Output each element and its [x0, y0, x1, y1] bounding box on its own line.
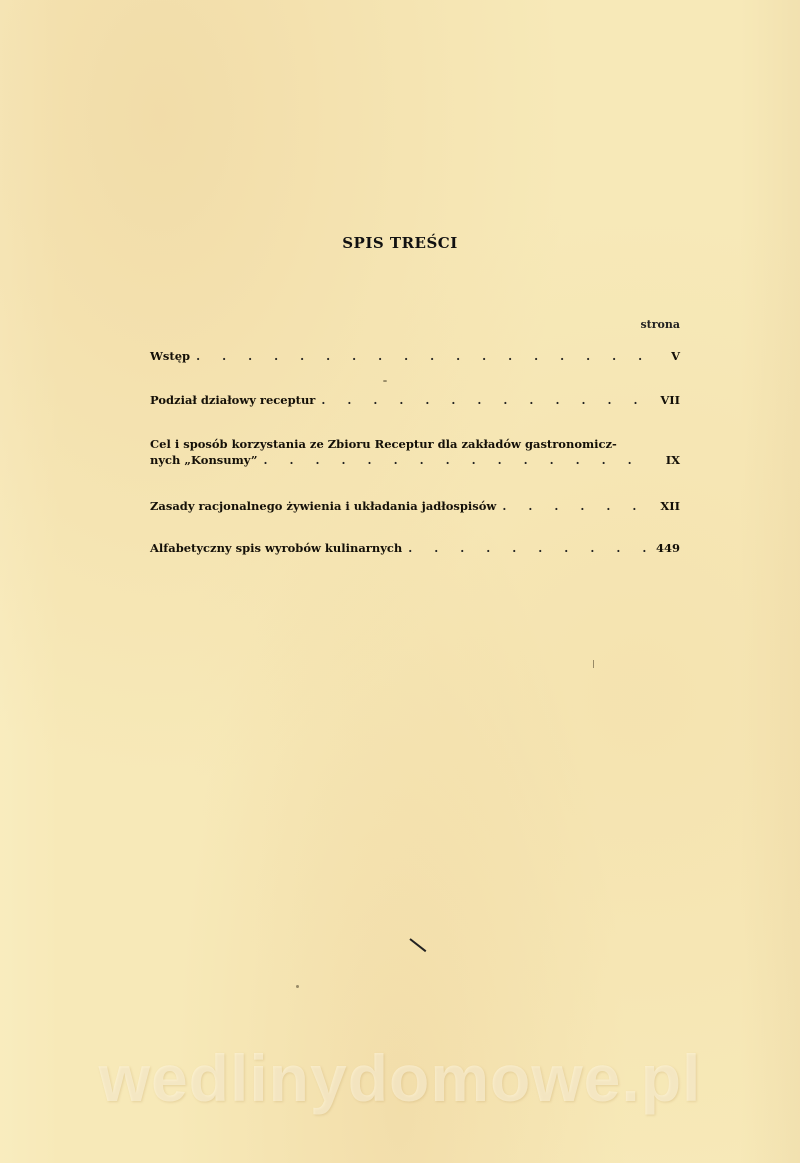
toc-entry-title-line1: Cel i sposób korzystania ze Zbioru Recep… — [150, 436, 617, 452]
toc-entry-alfabetyczny-spis[interactable]: Alfabetyczny spis wyrobów kulinarnych . … — [150, 540, 680, 556]
dot-leader: . . . . . . . . . . . . . . . . . . . . … — [264, 452, 650, 468]
watermark: wedlinydomowe.pl — [0, 1040, 800, 1116]
toc-entry-zasady[interactable]: Zasady racjonalnego żywienia i układania… — [150, 498, 680, 514]
toc-entry-cel-i-sposob[interactable]: Cel i sposób korzystania ze Zbioru Recep… — [150, 436, 680, 468]
ink-speck — [593, 660, 594, 668]
page-title: SPIS TREŚCI — [0, 234, 800, 252]
toc-entry-wstep[interactable]: Wstęp . . . . . . . . . . . . . . . . . … — [150, 348, 680, 364]
dot-leader: . . . . . . . . . . . . . . . . . . . . … — [196, 348, 650, 364]
ink-speck — [296, 985, 299, 988]
page-column-label: strona — [640, 318, 680, 331]
ink-speck — [383, 380, 387, 382]
dot-leader: . . . . . . . . . . . . . . . . . . . . … — [408, 540, 650, 556]
toc-entry-title: Podział działowy receptur — [150, 392, 315, 408]
toc-entry-title: Zasady racjonalnego żywienia i układania… — [150, 498, 496, 514]
toc-entry-title: Wstęp — [150, 348, 190, 364]
toc-entry-page: XII — [656, 498, 680, 514]
toc-entry-title-line2: nych „Konsumy” — [150, 452, 258, 468]
toc-entry-page: IX — [656, 452, 680, 468]
toc-entry-page: V — [656, 348, 680, 364]
dot-leader: . . . . . . . . . . . . . . . . . . . . … — [502, 498, 650, 514]
dot-leader: . . . . . . . . . . . . . . . . . . . . … — [321, 392, 650, 408]
toc-entry-page: 449 — [656, 540, 680, 556]
toc-entry-page: VII — [656, 392, 680, 408]
toc-entry-title: Alfabetyczny spis wyrobów kulinarnych — [150, 540, 402, 556]
toc-entry-podzial[interactable]: Podział działowy receptur . . . . . . . … — [150, 392, 680, 408]
ink-mark — [409, 938, 426, 952]
